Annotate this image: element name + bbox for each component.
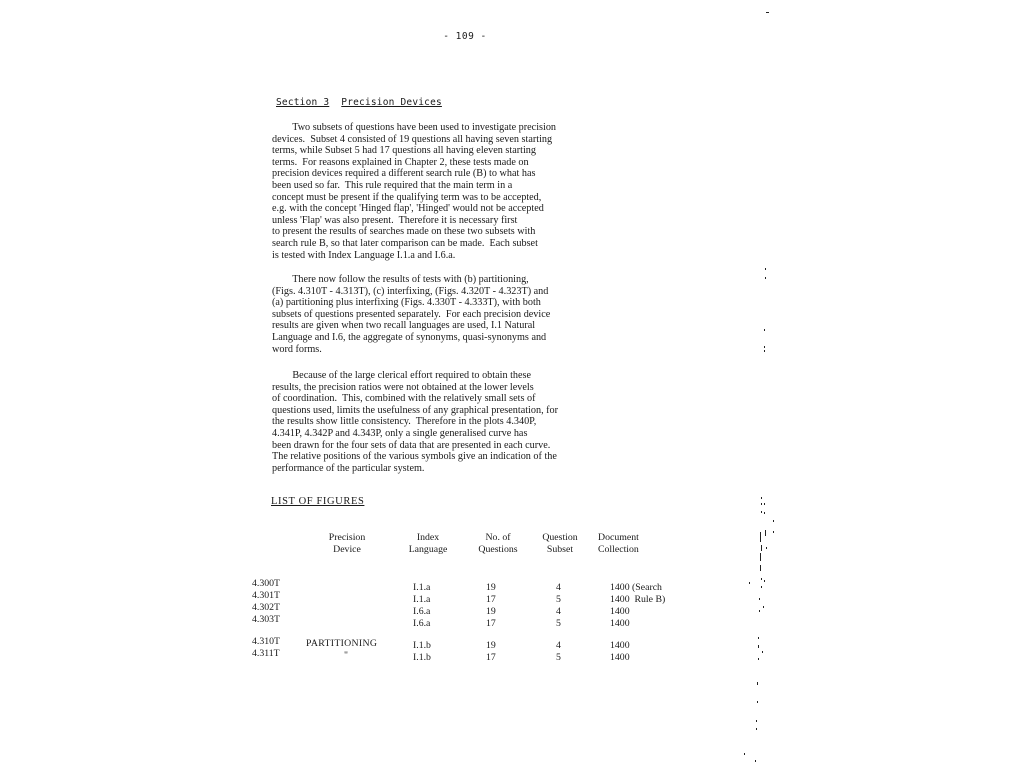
no-of-questions: 19	[486, 582, 496, 593]
question-subset: 4	[556, 606, 561, 617]
paragraph-line: The relative positions of the various sy…	[272, 451, 664, 463]
question-subset: 5	[556, 594, 561, 605]
index-language: I.6.a	[413, 618, 430, 629]
header-document-collection: DocumentCollection	[598, 532, 650, 556]
paragraph-precision-subsets: Two subsets of questions have been used …	[272, 122, 664, 261]
paragraph-line: questions used, limits the usefulness of…	[272, 405, 664, 417]
paragraph-line: unless 'Flap' was also present. Therefor…	[272, 215, 664, 227]
paragraph-line: There now follow the results of tests wi…	[272, 274, 664, 286]
paragraph-line: terms, while Subset 5 had 17 questions a…	[272, 145, 664, 157]
paragraph-clerical-effort: Because of the large clerical effort req…	[272, 370, 664, 474]
paragraph-line: search rule B, so that later comparison …	[272, 238, 664, 250]
paragraph-line: Because of the large clerical effort req…	[272, 370, 664, 382]
section-title: Precision Devices	[341, 97, 442, 108]
paragraph-line: is tested with Index Language I.1.a and …	[272, 250, 664, 262]
figure-id: 4.311T	[252, 648, 280, 659]
document-collection: 1400	[610, 618, 630, 629]
paragraph-line: devices. Subset 4 consisted of 19 questi…	[272, 134, 664, 146]
index-language: I.1.b	[413, 652, 431, 663]
paragraph-line: results are given when two recall langua…	[272, 320, 664, 332]
paragraph-line: the results show little consistency. The…	[272, 416, 664, 428]
section-heading: Section 3Precision Devices	[276, 97, 442, 108]
no-of-questions: 17	[486, 618, 496, 629]
document-collection: 1400	[610, 606, 630, 617]
header-line: Collection	[598, 544, 650, 556]
document-collection: 1400 (Search	[610, 582, 662, 593]
paragraph-line: word forms.	[272, 344, 664, 356]
precision-device: PARTITIONING	[306, 638, 377, 649]
header-index-language: IndexLanguage	[403, 532, 453, 556]
page-number: - 109 -	[0, 31, 930, 42]
paragraph-line: results, the precision ratios were not o…	[272, 382, 664, 394]
figure-id: 4.302T	[252, 602, 280, 613]
question-subset: 5	[556, 652, 561, 663]
precision-device: "	[344, 650, 348, 661]
header-no-of-questions: No. ofQuestions	[475, 532, 521, 556]
index-language: I.1.b	[413, 640, 431, 651]
header-line: No. of	[475, 532, 521, 544]
paragraph-line: of coordination. This, combined with the…	[272, 393, 664, 405]
figure-id: 4.303T	[252, 614, 280, 625]
paragraph-line: been used so far. This rule required tha…	[272, 180, 664, 192]
paragraph-line: 4.341P, 4.342P and 4.343P, only a single…	[272, 428, 664, 440]
header-line: Device	[321, 544, 373, 556]
index-language: I.1.a	[413, 594, 430, 605]
list-of-figures-heading: LIST OF FIGURES	[271, 496, 364, 507]
header-line: Questions	[475, 544, 521, 556]
header-line: Index	[403, 532, 453, 544]
paragraph-line: concept must be present if the qualifyin…	[272, 192, 664, 204]
question-subset: 5	[556, 618, 561, 629]
document-collection: 1400 Rule B)	[610, 594, 665, 605]
header-line: Subset	[536, 544, 584, 556]
section-label: Section 3	[276, 97, 329, 108]
paragraph-test-results: There now follow the results of tests wi…	[272, 274, 664, 355]
paragraph-line: (a) partitioning plus interfixing (Figs.…	[272, 297, 664, 309]
figure-id: 4.300T	[252, 578, 280, 589]
paragraph-line: terms. For reasons explained in Chapter …	[272, 157, 664, 169]
document-collection: 1400	[610, 652, 630, 663]
no-of-questions: 17	[486, 652, 496, 663]
header-precision-device: PrecisionDevice	[321, 532, 373, 556]
header-line: Document	[598, 532, 650, 544]
document-collection: 1400	[610, 640, 630, 651]
paragraph-line: performance of the particular system.	[272, 463, 664, 475]
header-line: Precision	[321, 532, 373, 544]
paragraph-line: (Figs. 4.310T - 4.313T), (c) interfixing…	[272, 286, 664, 298]
no-of-questions: 19	[486, 606, 496, 617]
paragraph-line: been drawn for the four sets of data tha…	[272, 440, 664, 452]
paragraph-line: Two subsets of questions have been used …	[272, 122, 664, 134]
figure-id: 4.310T	[252, 636, 280, 647]
index-language: I.6.a	[413, 606, 430, 617]
question-subset: 4	[556, 582, 561, 593]
paragraph-line: subsets of questions presented separatel…	[272, 309, 664, 321]
no-of-questions: 17	[486, 594, 496, 605]
paragraph-line: to present the results of searches made …	[272, 226, 664, 238]
figure-id: 4.301T	[252, 590, 280, 601]
paragraph-line: Language and I.6, the aggregate of synon…	[272, 332, 664, 344]
no-of-questions: 19	[486, 640, 496, 651]
header-line: Question	[536, 532, 584, 544]
paragraph-line: e.g. with the concept 'Hinged flap', 'Hi…	[272, 203, 664, 215]
header-question-subset: QuestionSubset	[536, 532, 584, 556]
header-line: Language	[403, 544, 453, 556]
question-subset: 4	[556, 640, 561, 651]
index-language: I.1.a	[413, 582, 430, 593]
paragraph-line: precision devices required a different s…	[272, 168, 664, 180]
